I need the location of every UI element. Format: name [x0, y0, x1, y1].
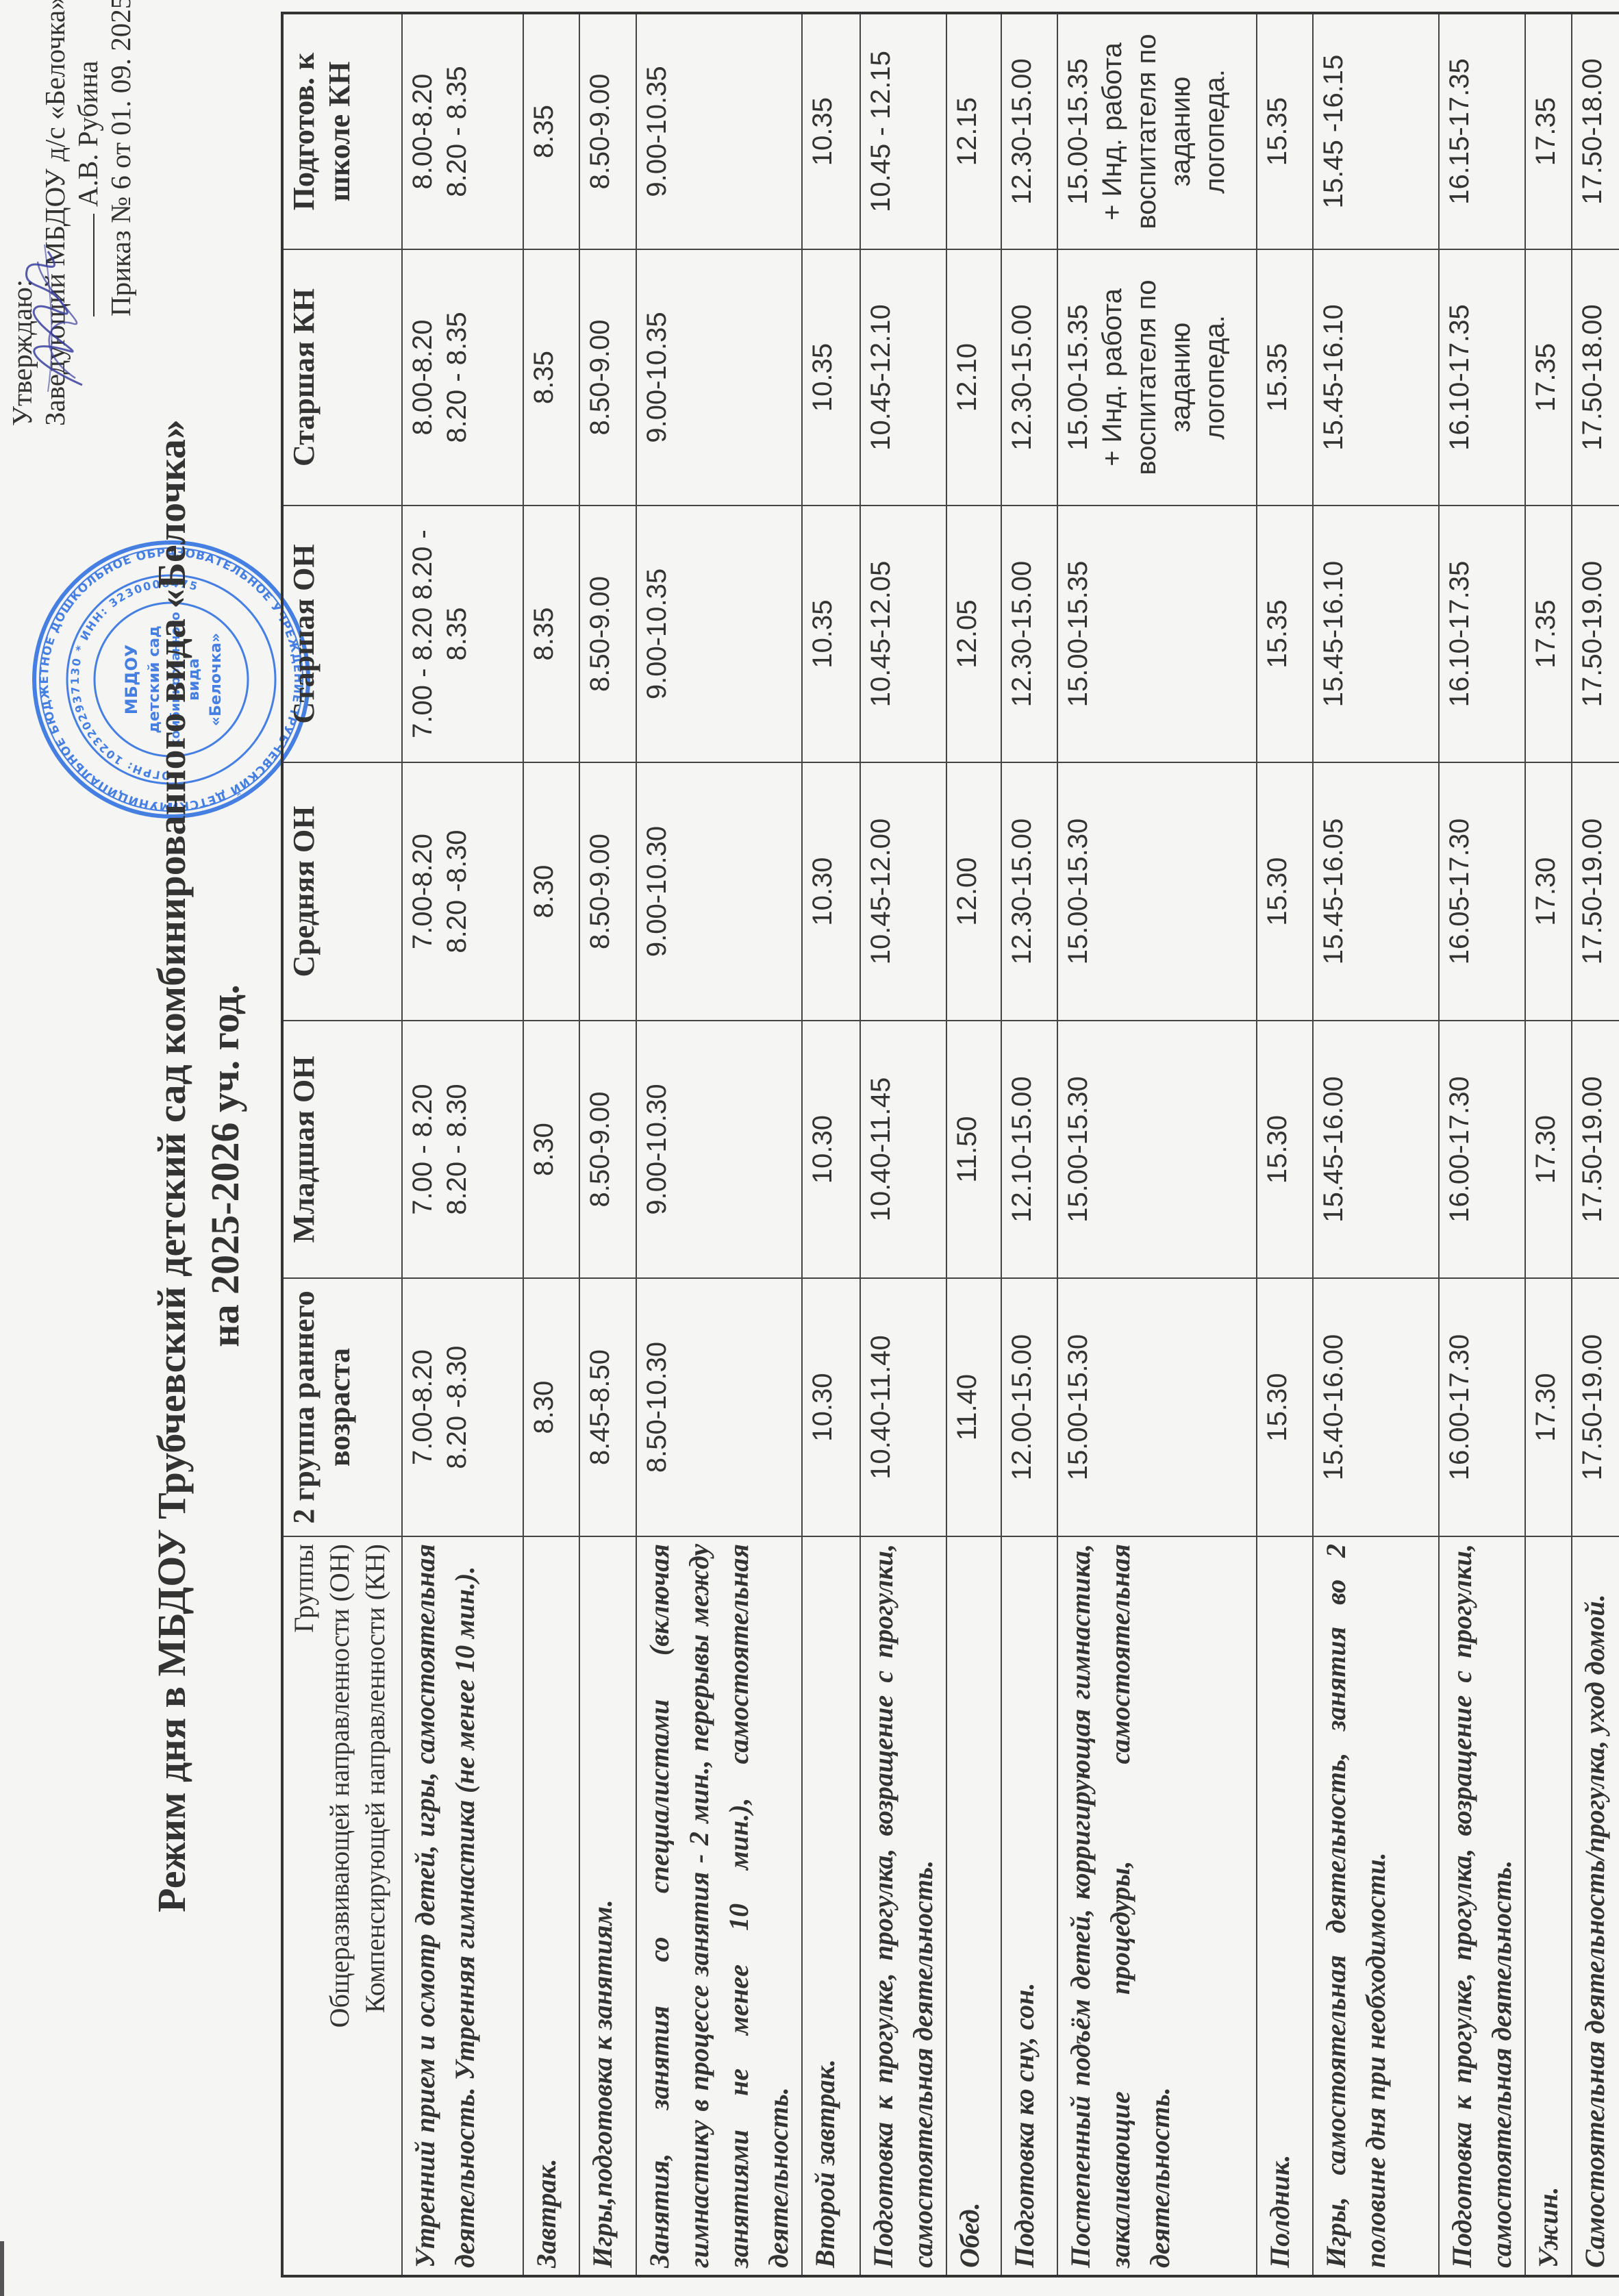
time-cell: 12.30-15.00: [1001, 249, 1057, 506]
time-value: 12.05: [952, 599, 982, 668]
time-value: 17.50-19.00: [1577, 1076, 1607, 1223]
time-value: 10.40-11.45: [866, 1077, 896, 1222]
time-value: 16.05-17.30: [1444, 819, 1474, 965]
corner-header: Группы Общеразвивающей направленности (О…: [282, 1536, 402, 2276]
time-cell: 15.00-15.30: [1057, 762, 1257, 1021]
table-row: Самостоятельная деятельность/прогулка, у…: [1572, 13, 1619, 2276]
activity-cell: Подготовка к прогулке, прогулка, возраще…: [1439, 1536, 1525, 2276]
time-value: 10.35: [807, 599, 838, 668]
signatory-name: А.В. Рубина: [72, 61, 103, 207]
approval-order: Приказ № 6 от 01. 09. 2025 г.: [104, 15, 137, 426]
time-value: 12.10: [952, 343, 982, 412]
column-header: 2 группа раннего возраста: [282, 1278, 402, 1536]
time-cell: 17.50-19.00: [1572, 1021, 1619, 1278]
time-value: 8.30: [529, 1381, 559, 1434]
activity-cell: Самостоятельная деятельность/прогулка, у…: [1572, 1536, 1619, 2276]
table-row: Подготовка к прогулке, прогулка, возраще…: [1439, 13, 1525, 2276]
time-value: 8.30: [529, 865, 559, 919]
table-row: Подготовка ко сну, сон.12.00-15.0012.10-…: [1001, 13, 1057, 2276]
time-cell: 15.30: [1257, 1278, 1313, 1536]
table-row: Завтрак.8.308.308.308.358.358.35: [523, 13, 579, 2276]
time-value: 12.30-15.00: [1007, 561, 1037, 708]
corner-groups-label: Группы: [286, 1544, 322, 2268]
time-value: 7.00 - 8.20 8.20 - 8.30: [407, 1084, 472, 1214]
time-cell: 15.45-16.10: [1313, 506, 1439, 762]
time-value: 15.40-16.00: [1318, 1334, 1348, 1481]
table-row: Второй завтрак.10.3010.3010.3010.3510.35…: [802, 13, 860, 2276]
time-cell: 8.30: [523, 762, 579, 1021]
time-value: 15.45 -16.15: [1318, 55, 1348, 209]
time-value: 16.10-17.35: [1444, 561, 1474, 708]
time-value: 8.50-9.00: [585, 319, 615, 435]
time-value: 12.15: [952, 97, 982, 166]
time-cell: 15.45 -16.15: [1313, 13, 1439, 249]
time-cell: 10.35: [802, 13, 860, 249]
time-cell: 9.00-10.30: [636, 762, 802, 1021]
time-value: 10.35: [807, 97, 838, 166]
time-value: 8.50-9.00: [585, 576, 615, 692]
table-row: Подготовка к прогулке, прогулка, возраще…: [860, 13, 946, 2276]
time-value: 12.00-15.00: [1007, 1334, 1037, 1481]
stamp-center-line: МБДОУ: [122, 645, 141, 714]
time-value: 8.30: [529, 1123, 559, 1176]
time-cell: 15.00-15.30: [1057, 1021, 1257, 1278]
time-cell: 12.15: [946, 13, 1001, 249]
time-cell: 17.50-19.00: [1572, 1278, 1619, 1536]
time-cell: 8.35: [523, 506, 579, 762]
activity-cell: Утренний прием и осмотр детей, игры, сам…: [402, 1536, 523, 2276]
time-cell: 15.40-16.00: [1313, 1278, 1439, 1536]
title-line-1: Режим дня в МБДОУ Трубчевский детский са…: [145, 173, 199, 2159]
time-cell: 17.50-18.00: [1572, 13, 1619, 249]
time-cell: 8.50-10.30: [636, 1278, 802, 1536]
time-value: 17.35: [1531, 97, 1561, 166]
time-value: 17.35: [1531, 599, 1561, 668]
activity-cell: Завтрак.: [523, 1536, 579, 2276]
time-value: 8.50-9.00: [585, 834, 615, 949]
scanned-page: Утверждаю: Заведующий МБДОУ д/с «Белочка…: [0, 0, 1619, 2296]
time-cell: 10.30: [802, 762, 860, 1021]
time-cell: 17.35: [1525, 506, 1572, 762]
time-value: 11.40: [952, 1374, 982, 1440]
time-cell: 16.05-17.30: [1439, 762, 1525, 1021]
table-row: Утренний прием и осмотр детей, игры, сам…: [402, 13, 523, 2276]
time-cell: 17.50-19.00: [1572, 762, 1619, 1021]
activity-cell: Обед.: [946, 1536, 1001, 2276]
document-rotated: Утверждаю: Заведующий МБДОУ д/с «Белочка…: [0, 0, 1619, 2296]
time-value: 12.30-15.00: [1007, 304, 1037, 451]
time-cell: 12.05: [946, 506, 1001, 762]
time-value: 9.00-10.30: [642, 826, 672, 957]
time-cell: 7.00 - 8.20 8.20 - 8.35: [402, 506, 523, 762]
time-cell: 16.10-17.35: [1439, 506, 1525, 762]
daily-schedule-table: Группы Общеразвивающей направленности (О…: [281, 12, 1619, 2278]
time-value: 17.50-19.00: [1577, 561, 1607, 708]
time-value: 15.00-15.30: [1063, 1334, 1093, 1481]
time-cell: 9.00-10.30: [636, 1021, 802, 1278]
time-cell: 10.45-12.05: [860, 506, 946, 762]
time-value: 15.00-15.35 + Инд. работа воспитателя по…: [1063, 279, 1230, 475]
time-cell: 17.30: [1525, 1278, 1572, 1536]
time-cell: 9.00-10.35: [636, 249, 802, 506]
time-value: 16.00-17.30: [1444, 1334, 1474, 1481]
time-cell: 17.50-18.00: [1572, 249, 1619, 506]
time-value: 15.00-15.35: [1063, 561, 1093, 708]
time-cell: 15.45-16.05: [1313, 762, 1439, 1021]
time-cell: 8.00-8.20 8.20 - 8.35: [402, 13, 523, 249]
time-cell: 15.30: [1257, 762, 1313, 1021]
time-cell: 8.00-8.20 8.20 - 8.35: [402, 249, 523, 506]
activity-cell: Подготовка к прогулке, прогулка, возраще…: [860, 1536, 946, 2276]
time-cell: 7.00-8.20 8.20 -8.30: [402, 762, 523, 1021]
activity-cell: Второй завтрак.: [802, 1536, 860, 2276]
time-value: 15.45-16.05: [1318, 819, 1348, 965]
time-value: 15.30: [1262, 857, 1292, 925]
title-line-2: на 2025-2026 уч. год.: [199, 173, 252, 2159]
time-cell: 12.00-15.00: [1001, 1278, 1057, 1536]
table-row: Обед.11.4011.5012.0012.0512.1012.15: [946, 13, 1001, 2276]
time-cell: 11.40: [946, 1278, 1001, 1536]
page-title: Режим дня в МБДОУ Трубчевский детский са…: [145, 173, 252, 2159]
time-cell: 8.35: [523, 13, 579, 249]
activity-cell: Игры, самостоятельная деятельность, заня…: [1313, 1536, 1439, 2276]
time-cell: 8.30: [523, 1021, 579, 1278]
table-row: Занятия, занятия со специалистами (включ…: [636, 13, 802, 2276]
time-cell: 16.10-17.35: [1439, 249, 1525, 506]
column-header: Подготов. к школе КН: [282, 13, 402, 249]
corner-kn-label: Компенсирующей направленности (КН): [357, 1544, 393, 2268]
time-cell: 7.00 - 8.20 8.20 - 8.30: [402, 1021, 523, 1278]
time-cell: 15.35: [1257, 249, 1313, 506]
time-value: 15.30: [1262, 1373, 1292, 1441]
time-cell: 8.50-9.00: [579, 762, 636, 1021]
time-value: 17.30: [1531, 1115, 1561, 1184]
time-cell: 8.35: [523, 249, 579, 506]
time-value: 10.40-11.40: [866, 1335, 896, 1480]
time-cell: 17.35: [1525, 13, 1572, 249]
time-value: 15.30: [1262, 1115, 1292, 1184]
time-value: 17.30: [1531, 857, 1561, 925]
time-value: 7.00-8.20 8.20 -8.30: [407, 829, 472, 953]
time-cell: 12.30-15.00: [1001, 13, 1057, 249]
column-header: Средняя ОН: [282, 762, 402, 1021]
time-cell: 15.45-16.00: [1313, 1021, 1439, 1278]
time-value: 10.35: [807, 343, 838, 412]
time-value: 9.00-10.35: [642, 569, 672, 699]
time-value: 16.00-17.30: [1444, 1076, 1474, 1223]
time-value: 15.35: [1262, 97, 1292, 166]
time-value: 7.00 - 8.20 8.20 - 8.35: [407, 529, 472, 738]
time-cell: 12.10: [946, 249, 1001, 506]
time-value: 9.00-10.35: [642, 312, 672, 442]
column-header: Младшая ОН: [282, 1021, 402, 1278]
time-value: 12.10-15.00: [1007, 1076, 1037, 1223]
time-cell: 15.00-15.35 + Инд. работа воспитателя по…: [1057, 13, 1257, 249]
time-value: 8.45-8.50: [585, 1349, 615, 1465]
time-value: 8.50-10.30: [642, 1342, 672, 1473]
time-cell: 17.30: [1525, 1021, 1572, 1278]
time-cell: 12.00: [946, 762, 1001, 1021]
time-cell: 10.30: [802, 1021, 860, 1278]
time-cell: 17.35: [1525, 249, 1572, 506]
time-cell: 15.00-15.30: [1057, 1278, 1257, 1536]
time-cell: 12.10-15.00: [1001, 1021, 1057, 1278]
time-cell: 8.45-8.50: [579, 1278, 636, 1536]
time-cell: 16.00-17.30: [1439, 1278, 1525, 1536]
time-cell: 17.50-19.00: [1572, 506, 1619, 762]
time-value: 10.30: [807, 1373, 838, 1441]
time-value: 10.45-12.00: [866, 819, 896, 965]
activity-cell: Игры,подготовка к занятиям.: [579, 1536, 636, 2276]
time-cell: 15.00-15.35: [1057, 506, 1257, 762]
table-header-row: Группы Общеразвивающей направленности (О…: [282, 13, 402, 2276]
time-value: 17.35: [1531, 343, 1561, 412]
time-cell: 17.30: [1525, 762, 1572, 1021]
time-value: 17.30: [1531, 1373, 1561, 1441]
time-value: 12.30-15.00: [1007, 819, 1037, 965]
time-cell: 9.00-10.35: [636, 13, 802, 249]
activity-cell: Ужин.: [1525, 1536, 1572, 2276]
time-cell: 16.15-17.35: [1439, 13, 1525, 249]
time-cell: 9.00-10.35: [636, 506, 802, 762]
time-cell: 16.00-17.30: [1439, 1021, 1525, 1278]
time-cell: 8.50-9.00: [579, 1021, 636, 1278]
time-cell: 15.30: [1257, 1021, 1313, 1278]
time-value: 8.35: [529, 351, 559, 404]
time-cell: 10.45-12.00: [860, 762, 946, 1021]
time-value: 8.35: [529, 105, 559, 158]
time-cell: 10.35: [802, 506, 860, 762]
time-cell: 12.30-15.00: [1001, 762, 1057, 1021]
time-value: 15.45-16.10: [1318, 561, 1348, 708]
time-value: 10.30: [807, 1115, 838, 1184]
time-value: 15.35: [1262, 343, 1292, 412]
time-value: 15.35: [1262, 599, 1292, 668]
time-value: 15.00-15.30: [1063, 1076, 1093, 1223]
time-value: 16.10-17.35: [1444, 304, 1474, 451]
time-value: 8.35: [529, 608, 559, 661]
column-header: Старшая ОН: [282, 506, 402, 762]
time-value: 10.45 - 12.15: [866, 51, 896, 212]
signature-scribble-icon: [7, 241, 96, 399]
activity-cell: Занятия, занятия со специалистами (включ…: [636, 1536, 802, 2276]
time-cell: 11.50: [946, 1021, 1001, 1278]
time-cell: 15.35: [1257, 506, 1313, 762]
time-value: 16.15-17.35: [1444, 58, 1474, 205]
corner-on-label: Общеразвивающей направленности (ОН): [322, 1544, 357, 2268]
time-value: 8.00-8.20 8.20 - 8.35: [407, 66, 472, 197]
table-row: Ужин.17.3017.3017.3017.3517.3517.35: [1525, 13, 1572, 2276]
time-value: 11.50: [952, 1116, 982, 1182]
time-cell: 10.35: [802, 249, 860, 506]
time-value: 12.30-15.00: [1007, 58, 1037, 205]
scan-edge-mark: [0, 2241, 4, 2296]
time-cell: 8.50-9.00: [579, 506, 636, 762]
time-cell: 8.50-9.00: [579, 249, 636, 506]
time-cell: 10.40-11.40: [860, 1278, 946, 1536]
time-value: 9.00-10.35: [642, 66, 672, 197]
time-value: 17.50-18.00: [1577, 304, 1607, 451]
table-row: Игры, самостоятельная деятельность, заня…: [1313, 13, 1439, 2276]
time-value: 7.00-8.20 8.20 -8.30: [407, 1345, 472, 1469]
time-cell: 10.45-12.10: [860, 249, 946, 506]
time-value: 10.30: [807, 857, 838, 925]
time-value: 10.45-12.10: [866, 304, 896, 451]
time-value: 15.45-16.10: [1318, 304, 1348, 451]
table-row: Полдник.15.3015.3015.3015.3515.3515.35: [1257, 13, 1313, 2276]
time-value: 10.45-12.05: [866, 561, 896, 708]
time-cell: 15.45-16.10: [1313, 249, 1439, 506]
time-value: 9.00-10.30: [642, 1084, 672, 1214]
time-cell: 8.50-9.00: [579, 13, 636, 249]
activity-cell: Полдник.: [1257, 1536, 1313, 2276]
time-cell: 8.30: [523, 1278, 579, 1536]
time-cell: 15.00-15.35 + Инд. работа воспитателя по…: [1057, 249, 1257, 506]
time-value: 15.45-16.00: [1318, 1076, 1348, 1223]
time-value: 15.00-15.30: [1063, 819, 1093, 965]
time-value: 8.50-9.00: [585, 1091, 615, 1207]
table-row: Игры,подготовка к занятиям.8.45-8.508.50…: [579, 13, 636, 2276]
time-value: 8.50-9.00: [585, 73, 615, 189]
time-value: 8.00-8.20 8.20 - 8.35: [407, 312, 472, 442]
activity-cell: Подготовка ко сну, сон.: [1001, 1536, 1057, 2276]
time-cell: 10.45 - 12.15: [860, 13, 946, 249]
time-value: 17.50-19.00: [1577, 1334, 1607, 1481]
time-value: 15.00-15.35 + Инд. работа воспитателя по…: [1063, 34, 1230, 229]
table-row: Постепенный подъём детей, корригирующая …: [1057, 13, 1257, 2276]
time-cell: 10.40-11.45: [860, 1021, 946, 1278]
activity-cell: Постепенный подъём детей, корригирующая …: [1057, 1536, 1257, 2276]
time-cell: 15.35: [1257, 13, 1313, 249]
time-cell: 12.30-15.00: [1001, 506, 1057, 762]
time-cell: 7.00-8.20 8.20 -8.30: [402, 1278, 523, 1536]
column-header: Старшая КН: [282, 249, 402, 506]
time-value: 17.50-18.00: [1577, 58, 1607, 205]
time-cell: 10.30: [802, 1278, 860, 1536]
time-value: 12.00: [952, 857, 982, 925]
time-value: 17.50-19.00: [1577, 819, 1607, 965]
